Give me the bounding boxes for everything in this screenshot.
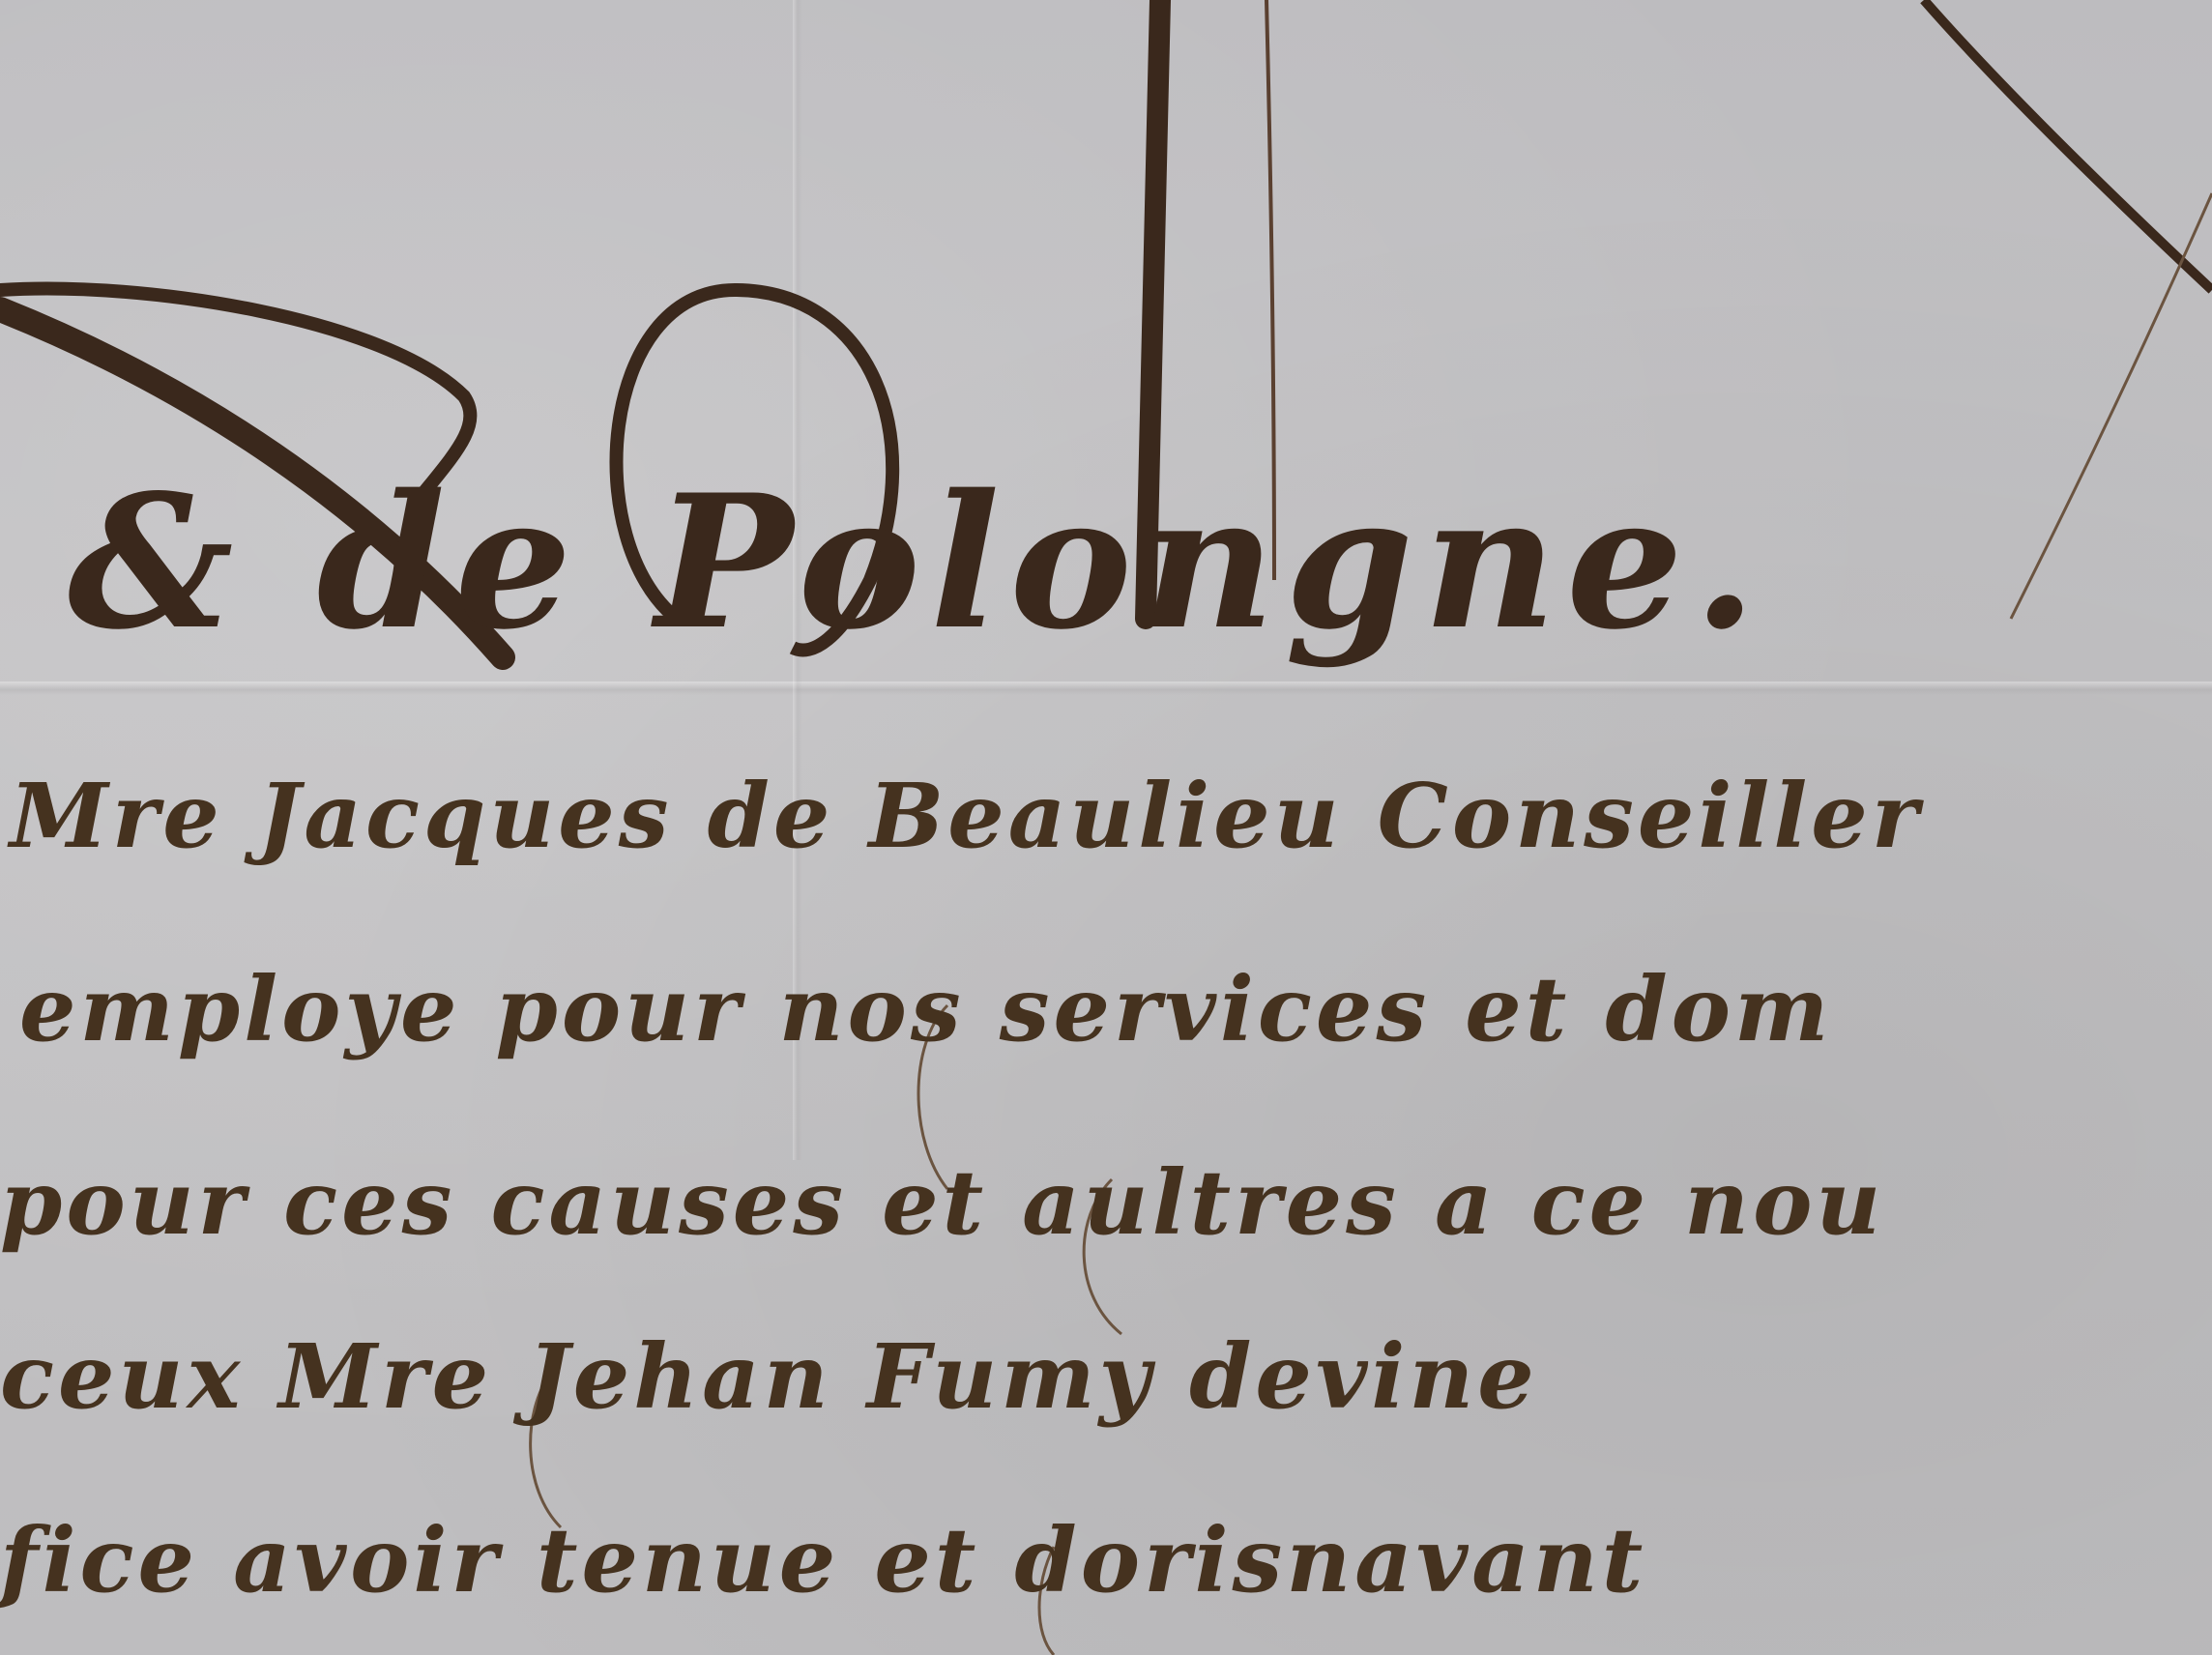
manuscript-heading: & de Polongne. <box>68 454 1766 670</box>
manuscript-photo: & de Polongne. Mre Jacques de Beaulieu C… <box>0 0 2212 1655</box>
manuscript-line-3: pour ces causes et aultres a ce nou <box>0 1150 1884 1255</box>
manuscript-line-1: Mre Jacques de Beaulieu Conseiller <box>10 764 1922 868</box>
manuscript-line-4: ceux Mre Jehan Fumy devine <box>0 1324 1538 1429</box>
manuscript-line-5: fice avoir tenue et dorisnavant <box>0 1508 1646 1612</box>
horizontal-fold-crease <box>0 682 2212 695</box>
manuscript-line-2: employe pour nos services et dom <box>19 957 1832 1061</box>
